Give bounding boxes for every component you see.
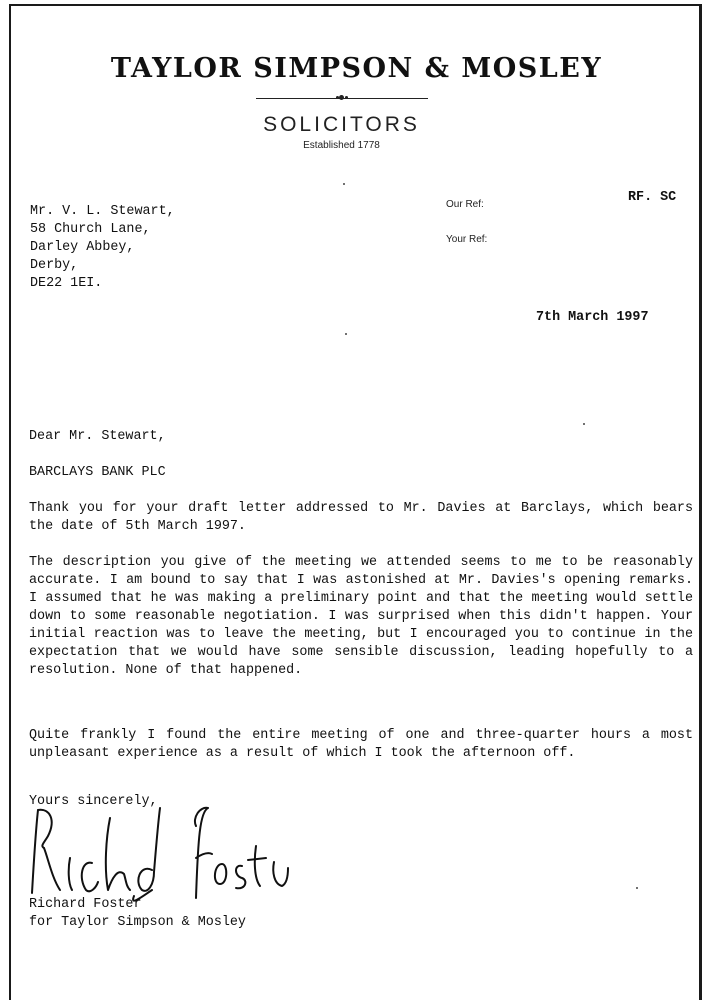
salutation: Dear Mr. Stewart, [29, 428, 166, 446]
firm-name: TAYLOR SIMPSON & MOSLEY [0, 53, 713, 84]
address-line: Darley Abbey, [30, 239, 175, 257]
body-paragraph: Quite frankly I found the entire meeting… [29, 727, 693, 763]
established-line: Established 1778 [0, 140, 683, 151]
our-ref-label: Our Ref: [446, 199, 484, 210]
divider-ornament-icon [336, 95, 346, 101]
body-paragraph: Thank you for your draft letter addresse… [29, 500, 693, 536]
signer-firm: for Taylor Simpson & Mosley [29, 914, 246, 932]
body-paragraph: The description you give of the meeting … [29, 554, 693, 680]
address-line: Derby, [30, 257, 175, 275]
scan-speck [583, 423, 585, 425]
our-ref-value: RF. SC [628, 189, 676, 207]
scan-speck [343, 183, 345, 185]
firm-subtitle: SOLICITORS [0, 113, 683, 137]
recipient-address: Mr. V. L. Stewart, 58 Church Lane, Darle… [30, 203, 175, 293]
your-ref-label: Your Ref: [446, 234, 487, 245]
signer-name: Richard Foster [29, 896, 142, 914]
scan-speck [345, 333, 347, 335]
scan-speck [636, 887, 638, 889]
handwritten-signature-icon [30, 798, 300, 903]
subject-line: BARCLAYS BANK PLC [29, 464, 166, 482]
address-line: DE22 1EI. [30, 275, 175, 293]
address-line: 58 Church Lane, [30, 221, 175, 239]
letter-date: 7th March 1997 [536, 309, 649, 327]
address-line: Mr. V. L. Stewart, [30, 203, 175, 221]
